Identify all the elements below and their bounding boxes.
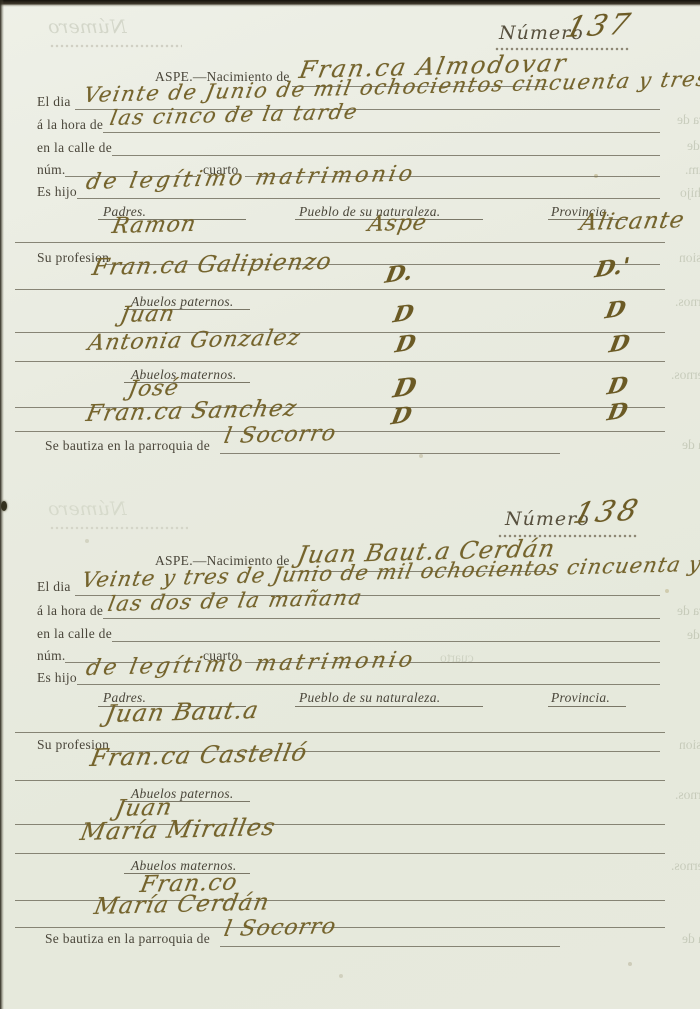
bleedthrough-label: á la hora de <box>677 112 700 128</box>
baptism-parish-value: l Socorro <box>222 421 338 449</box>
ditto-mark: D <box>391 300 416 328</box>
hour-label: á la hora de <box>37 117 103 133</box>
bleedthrough-label: á la hora de <box>677 603 700 619</box>
baptism-parish-label: Se bautiza en la parroquia de <box>45 438 210 454</box>
ditto-mark: D <box>605 398 630 426</box>
bleedthrough-label: Su profesion <box>679 250 700 266</box>
bleedthrough-label: Abuelos paternos. <box>675 294 700 310</box>
number-label: núm. <box>37 162 66 178</box>
mother-birthplace-ditto: D. <box>383 259 415 288</box>
bleedthrough-label: en la calle de <box>687 627 700 643</box>
form-line <box>112 155 660 156</box>
header-underline <box>295 706 483 707</box>
child-of-label: Es hijo <box>37 184 77 200</box>
bleedthrough-numero: Número <box>48 498 127 520</box>
hour-label: á la hora de <box>37 603 103 619</box>
form-line <box>103 618 660 619</box>
bleedthrough-label: Abuelos paternos. <box>675 787 700 803</box>
binding-dot <box>1 501 7 511</box>
bleedthrough-label: Se bautiza en la parroquia de <box>682 437 700 453</box>
ditto-mark: D <box>391 372 419 404</box>
header-underline <box>548 706 626 707</box>
mother-name: Fran.ca Galipienzo <box>90 249 334 281</box>
birthplace-header: Pueblo de su naturaleza. <box>299 690 440 706</box>
row-line <box>15 361 665 362</box>
row-line <box>15 431 665 432</box>
scan-top-edge <box>0 0 700 7</box>
baptism-parish-value: l Socorro <box>222 914 338 942</box>
number-label: núm. <box>37 648 66 664</box>
row-line <box>15 732 665 733</box>
record-number: 137 <box>562 7 637 44</box>
form-line <box>103 132 660 133</box>
bleedthrough-label: cuarto <box>440 650 474 666</box>
ditto-mark: D <box>389 402 414 430</box>
bleedthrough-squiggle <box>50 526 188 530</box>
father-name: Juan Baut.a <box>103 696 261 728</box>
father-birthplace: Aspe <box>366 210 429 237</box>
form-line <box>220 946 560 947</box>
day-label: El dia <box>37 579 71 595</box>
day-label: El dia <box>37 94 71 110</box>
baptism-parish-label: Se bautiza en la parroquia de <box>45 931 210 947</box>
mother-province-ditto: D.' <box>593 253 632 283</box>
street-label: en la calle de <box>37 140 112 156</box>
row-line <box>15 780 665 781</box>
row-line <box>15 242 665 243</box>
form-line <box>112 641 660 642</box>
ditto-mark: D <box>603 296 628 324</box>
child-of-value: de legítimo matrimonio <box>84 161 418 195</box>
bleedthrough-label: núm. <box>685 162 700 178</box>
maternal-grandmother-name: María Cerdán <box>92 889 272 920</box>
father-name: Ramon <box>110 212 199 239</box>
row-line <box>15 853 665 854</box>
bleedthrough-label: Su profesion <box>679 737 700 753</box>
row-line <box>15 289 665 290</box>
record-number: 138 <box>570 493 645 530</box>
ditto-mark: D <box>605 372 630 400</box>
bleedthrough-label: Abuelos maternos. <box>671 858 700 874</box>
bleedthrough-label: Abuelos maternos. <box>671 367 700 383</box>
child-of-value: de legítimo matrimonio <box>84 647 418 681</box>
bleedthrough-label: en la calle de <box>687 138 700 154</box>
register-page: Número Número á la hora de en la calle d… <box>0 0 700 1009</box>
paternal-grandmother-name: Antonia Gonzalez <box>86 325 303 356</box>
province-header: Provincia. <box>551 690 610 706</box>
ditto-mark: D <box>393 330 418 358</box>
form-line <box>77 684 660 685</box>
row-line <box>15 927 665 928</box>
mother-name: Fran.ca Castelló <box>88 738 310 772</box>
form-line <box>220 453 560 454</box>
paternal-grandfather-name: Juan <box>118 302 177 328</box>
ditto-mark: D <box>607 330 632 358</box>
paternal-grandmother-name: María Miralles <box>78 813 278 846</box>
child-of-label: Es hijo <box>37 670 77 686</box>
bleedthrough-label: Se bautiza en la parroquia de <box>682 931 700 947</box>
bleedthrough-label: Es hijo <box>680 185 700 201</box>
form-line <box>77 198 660 199</box>
street-label: en la calle de <box>37 626 112 642</box>
paper-specks <box>0 0 2 2</box>
bleedthrough-numero: Número <box>48 16 127 38</box>
father-province: Alicante <box>578 207 687 236</box>
bleedthrough-squiggle <box>50 44 182 48</box>
